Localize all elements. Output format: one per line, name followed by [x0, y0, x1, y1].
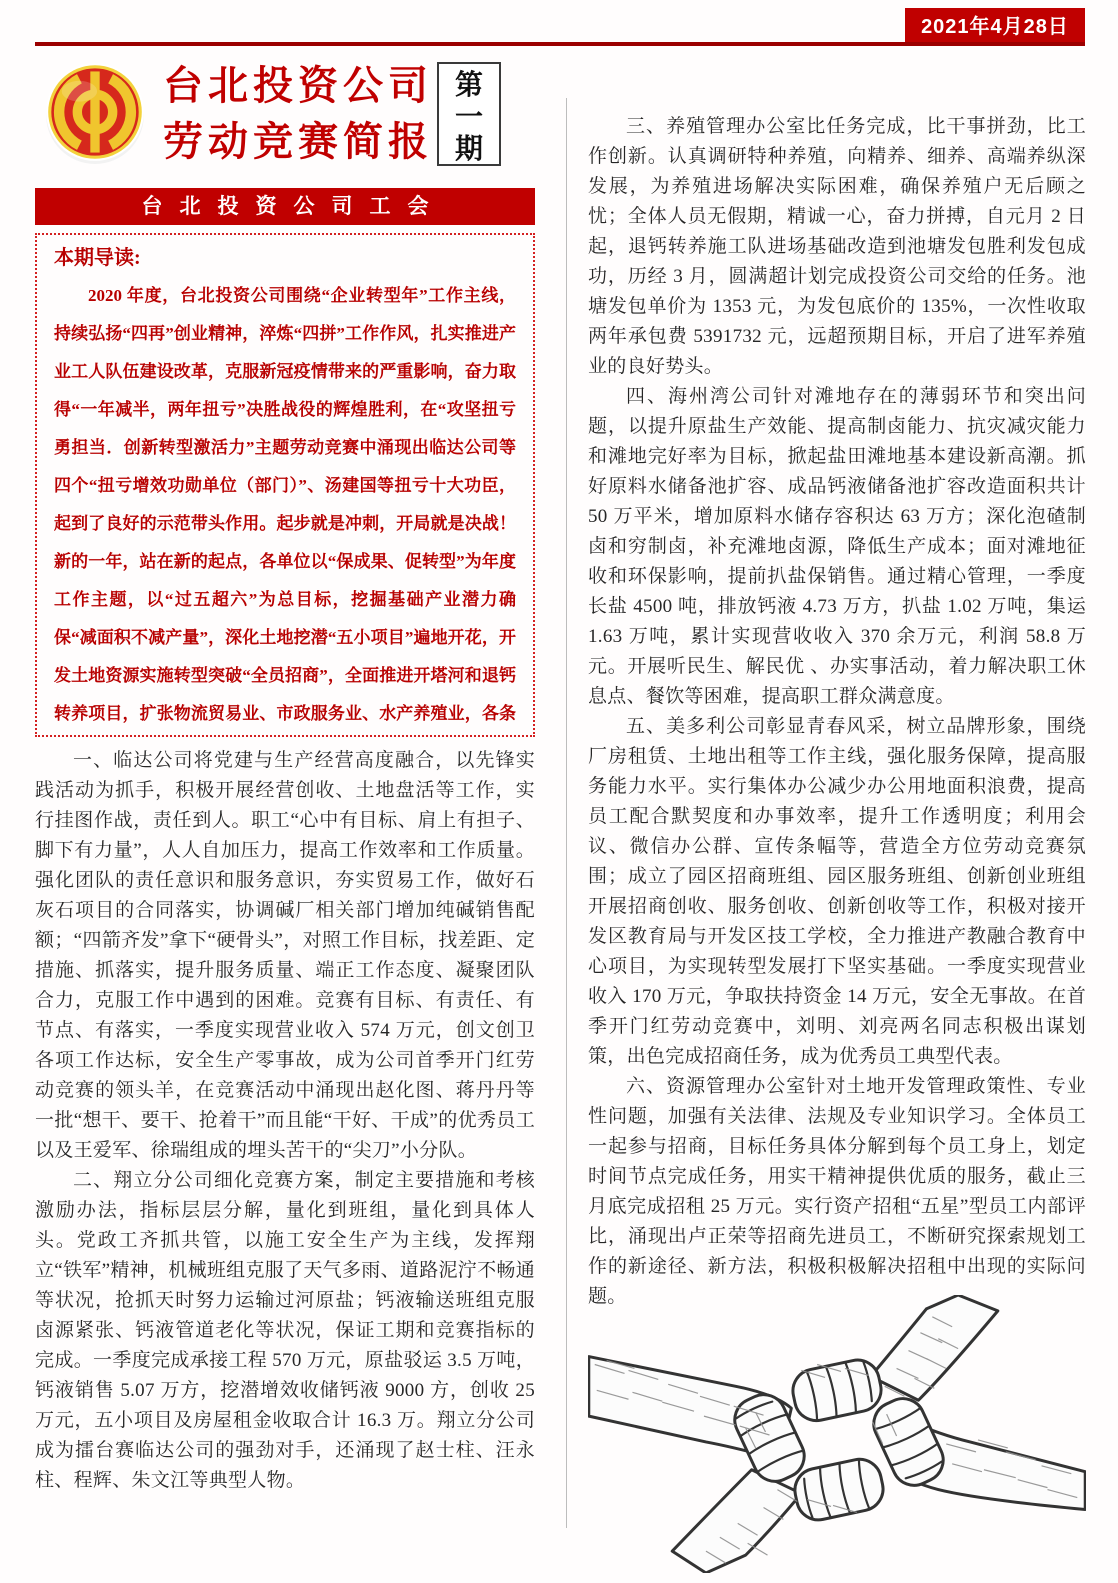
intro-text: 2020 年度，台北投资公司围绕“企业转型年”工作主线，持续弘扬“四再”创业精神…: [54, 277, 516, 737]
masthead-title-line2: 劳动竞赛简报: [163, 114, 463, 170]
teamwork-hands-illustration: [588, 1295, 1086, 1573]
masthead-title: 台北投资公司 劳动竞赛简报: [163, 58, 463, 170]
article-paragraph-6: 六、资源管理办公室针对土地开发管理政策性、专业性问题，加强有关法律、法规及专业知…: [588, 1072, 1086, 1312]
right-column: 三、养殖管理办公室比任务完成，比干事拼劲，比工作创新。认真调研特种养殖，向精养、…: [588, 112, 1086, 1312]
article-paragraph-4: 四、海州湾公司针对滩地存在的薄弱环节和突出问题，以提升原盐生产效能、提高制卤能力…: [588, 382, 1086, 712]
article-paragraph-1: 一、临达公司将党建与生产经营高度融合，以先锋实践活动为抓手，积极开展经营创收、土…: [35, 746, 535, 1166]
article-paragraph-3: 三、养殖管理办公室比任务完成，比干事拼劲，比工作创新。认真调研特种养殖，向精养、…: [588, 112, 1086, 382]
union-banner: 台北投资公司工会: [35, 188, 535, 225]
union-logo-icon: [43, 60, 147, 164]
article-paragraph-5: 五、美多利公司彰显青春风采，树立品牌形象，围绕厂房租赁、土地出租等工作主线，强化…: [588, 712, 1086, 1072]
left-column: 一、临达公司将党建与生产经营高度融合，以先锋实践活动为抓手，积极开展经营创收、土…: [35, 746, 535, 1496]
date-badge: 2021年4月28日: [905, 8, 1085, 46]
article-paragraph-2: 二、翔立分公司细化竞赛方案，制定主要措施和考核激励办法，指标层层分解，量化到班组…: [35, 1166, 535, 1496]
intro-box: 本期导读: 2020 年度，台北投资公司围绕“企业转型年”工作主线，持续弘扬“四…: [35, 233, 535, 737]
issue-number-box: 第一期: [437, 62, 501, 166]
column-divider: [566, 98, 567, 1528]
header-rule: [35, 42, 1085, 46]
masthead: 台北投资公司 劳动竞赛简报 第一期: [35, 58, 535, 178]
newsletter-page: 2021年4月28日 台北投资公司 劳动竞赛简报 第一期 台北投资公司工会 本期…: [0, 0, 1118, 1583]
intro-heading: 本期导读:: [54, 243, 516, 273]
masthead-title-line1: 台北投资公司: [163, 58, 463, 114]
